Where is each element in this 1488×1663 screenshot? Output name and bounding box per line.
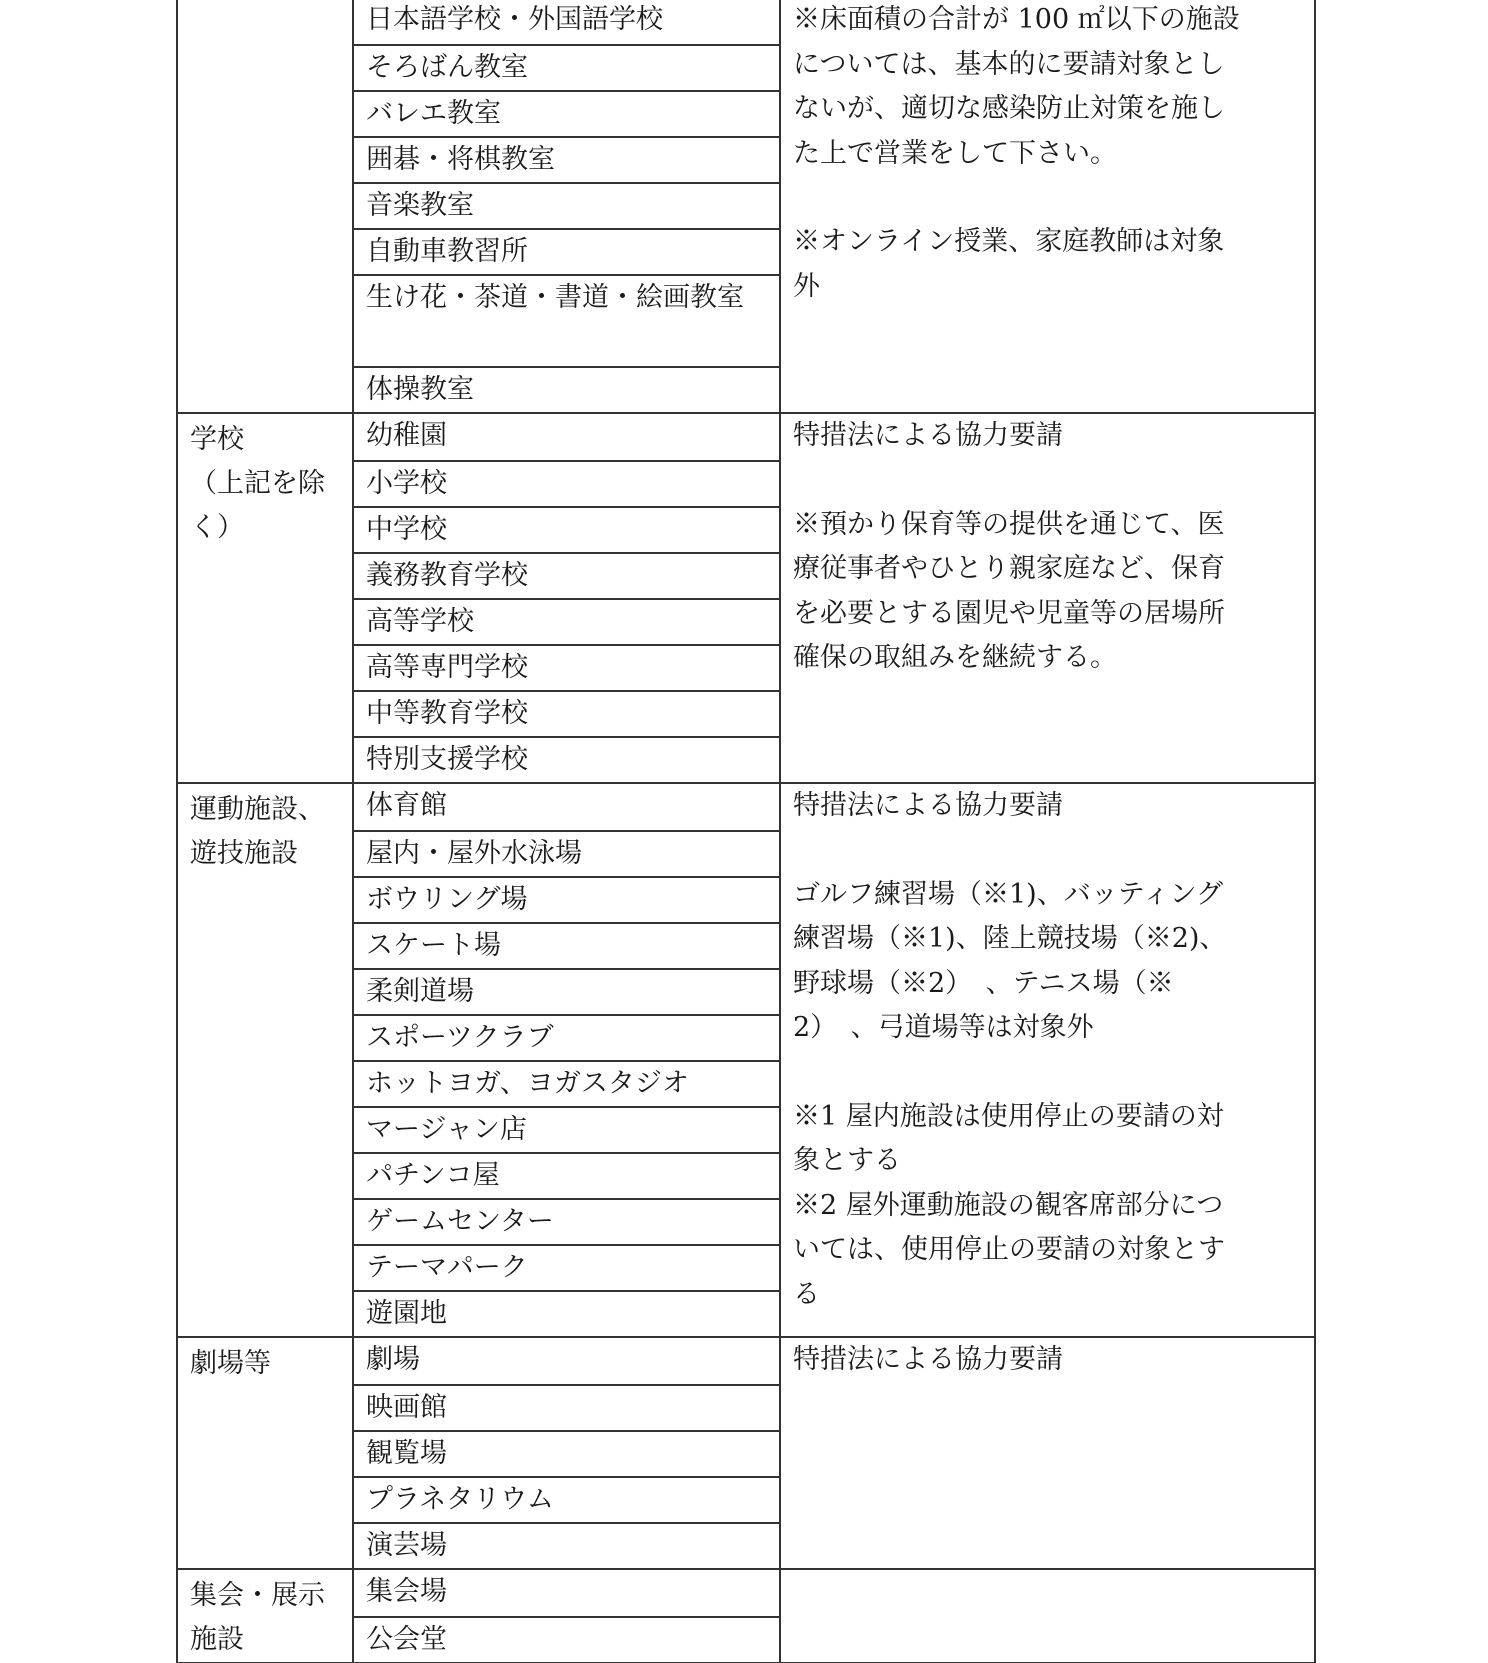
note-line: いては、使用停止の要請の対象とす — [793, 1228, 1302, 1273]
category-label: 施設 — [190, 1618, 352, 1662]
category-label: 運動施設、 — [190, 788, 352, 832]
facility-item: 幼稚園 — [354, 414, 779, 460]
facility-item: 遊園地 — [354, 1290, 779, 1336]
group-assembly-exhibition: 集会・展示 施設 集会場 公会堂 — [178, 1568, 1314, 1663]
note-line: 野球場（※2） 、テニス場（※ — [793, 962, 1302, 1007]
note-line: 外 — [793, 265, 1302, 310]
facility-item: そろばん教室 — [354, 44, 779, 90]
note-line — [793, 829, 1302, 873]
request-note: 特措法による協力要請 ゴルフ練習場（※1)、バッティング 練習場（※1)、陸上競… — [781, 784, 1314, 1336]
note-line: る — [793, 1273, 1302, 1318]
note-line: 確保の取組みを継続する。 — [793, 636, 1302, 681]
category-cell: 集会・展示 施設 — [178, 1570, 354, 1662]
facility-item: 日本語学校・外国語学校 — [354, 0, 779, 44]
facility-list: 集会場 公会堂 — [354, 1570, 781, 1662]
group-lessons: 日本語学校・外国語学校 そろばん教室 バレエ教室 囲碁・将棋教室 音楽教室 自動… — [178, 0, 1314, 412]
note-line: ※2 屋外運動施設の観客席部分につ — [793, 1184, 1302, 1229]
facility-item: 中等教育学校 — [354, 690, 779, 736]
facility-request-table: 日本語学校・外国語学校 そろばん教室 バレエ教室 囲碁・将棋教室 音楽教室 自動… — [176, 0, 1316, 1663]
facility-item: 自動車教習所 — [354, 228, 779, 274]
facility-item: 高等学校 — [354, 598, 779, 644]
facility-list: 体育館 屋内・屋外水泳場 ボウリング場 スケート場 柔剣道場 スポーツクラブ ホ… — [354, 784, 781, 1336]
facility-item: 音楽教室 — [354, 182, 779, 228]
facility-item: 囲碁・将棋教室 — [354, 136, 779, 182]
facility-item: 演芸場 — [354, 1522, 779, 1568]
facility-item: 公会堂 — [354, 1616, 779, 1662]
facility-list: 劇場 映画館 観覧場 プラネタリウム 演芸場 — [354, 1338, 781, 1568]
note-line: については、基本的に要請対象とし — [793, 43, 1302, 88]
facility-item: スケート場 — [354, 922, 779, 968]
category-label: 学校 — [190, 418, 352, 462]
facility-item: 映画館 — [354, 1384, 779, 1430]
facility-item: ボウリング場 — [354, 876, 779, 922]
request-note: ※床面積の合計が 100 ㎡以下の施設 については、基本的に要請対象とし ないが… — [781, 0, 1314, 412]
facility-item: ゲームセンター — [354, 1198, 779, 1244]
facility-list: 日本語学校・外国語学校 そろばん教室 バレエ教室 囲碁・将棋教室 音楽教室 自動… — [354, 0, 781, 412]
group-schools: 学校 （上記を除 く） 幼稚園 小学校 中学校 義務教育学校 高等学校 高等専門… — [178, 412, 1314, 782]
note-line: 2） 、弓道場等は対象外 — [793, 1006, 1302, 1051]
facility-item: パチンコ屋 — [354, 1152, 779, 1198]
request-note — [781, 1570, 1314, 1662]
note-line: 練習場（※1)、陸上競技場（※2)、 — [793, 917, 1302, 962]
note-line: ※床面積の合計が 100 ㎡以下の施設 — [793, 0, 1302, 43]
note-line: ※オンライン授業、家庭教師は対象 — [793, 220, 1302, 265]
note-line: ゴルフ練習場（※1)、バッティング — [793, 873, 1302, 918]
facility-item: 体操教室 — [354, 366, 779, 412]
facility-item: 柔剣道場 — [354, 968, 779, 1014]
facility-item: 生け花・茶道・書道・絵画教室 — [354, 274, 779, 366]
facility-item: 中学校 — [354, 506, 779, 552]
facility-item: プラネタリウム — [354, 1476, 779, 1522]
facility-item: 集会場 — [354, 1570, 779, 1616]
note-line: を必要とする園児や児童等の居場所 — [793, 592, 1302, 637]
note-line: 象とする — [793, 1139, 1302, 1184]
facility-item: 体育館 — [354, 784, 779, 830]
category-label: （上記を除 — [190, 462, 352, 506]
note-line: 特措法による協力要請 — [793, 1338, 1302, 1383]
facility-item: 義務教育学校 — [354, 552, 779, 598]
note-line: 療従事者やひとり親家庭など、保育 — [793, 547, 1302, 592]
facility-item: マージャン店 — [354, 1106, 779, 1152]
note-line: 特措法による協力要請 — [793, 414, 1302, 459]
facility-item: ホットヨガ、ヨガスタジオ — [354, 1060, 779, 1106]
note-line — [793, 459, 1302, 503]
category-cell — [178, 0, 354, 412]
note-line: 特措法による協力要請 — [793, 784, 1302, 829]
facility-item: 高等専門学校 — [354, 644, 779, 690]
category-label: 集会・展示 — [190, 1574, 352, 1618]
facility-item: 特別支援学校 — [354, 736, 779, 782]
facility-item: 劇場 — [354, 1338, 779, 1384]
note-line: ※預かり保育等の提供を通じて、医 — [793, 503, 1302, 548]
category-cell: 運動施設、 遊技施設 — [178, 784, 354, 1336]
note-line: ※1 屋内施設は使用停止の要請の対 — [793, 1095, 1302, 1140]
group-theaters: 劇場等 劇場 映画館 観覧場 プラネタリウム 演芸場 特措法による協力要請 — [178, 1336, 1314, 1568]
group-sports-amusement: 運動施設、 遊技施設 体育館 屋内・屋外水泳場 ボウリング場 スケート場 柔剣道… — [178, 782, 1314, 1336]
request-note: 特措法による協力要請 ※預かり保育等の提供を通じて、医 療従事者やひとり親家庭な… — [781, 414, 1314, 782]
facility-list: 幼稚園 小学校 中学校 義務教育学校 高等学校 高等専門学校 中等教育学校 特別… — [354, 414, 781, 782]
note-line: ないが、適切な感染防止対策を施し — [793, 87, 1302, 132]
category-cell: 劇場等 — [178, 1338, 354, 1568]
facility-item: 観覧場 — [354, 1430, 779, 1476]
facility-item: スポーツクラブ — [354, 1014, 779, 1060]
category-cell: 学校 （上記を除 く） — [178, 414, 354, 782]
category-label: く） — [190, 506, 352, 550]
facility-item: バレエ教室 — [354, 90, 779, 136]
note-line — [793, 1051, 1302, 1095]
category-label: 劇場等 — [190, 1342, 352, 1386]
note-line — [793, 176, 1302, 220]
facility-item: テーマパーク — [354, 1244, 779, 1290]
note-line: た上で営業をして下さい。 — [793, 132, 1302, 177]
facility-item: 屋内・屋外水泳場 — [354, 830, 779, 876]
category-label: 遊技施設 — [190, 832, 352, 876]
facility-item: 小学校 — [354, 460, 779, 506]
request-note: 特措法による協力要請 — [781, 1338, 1314, 1568]
